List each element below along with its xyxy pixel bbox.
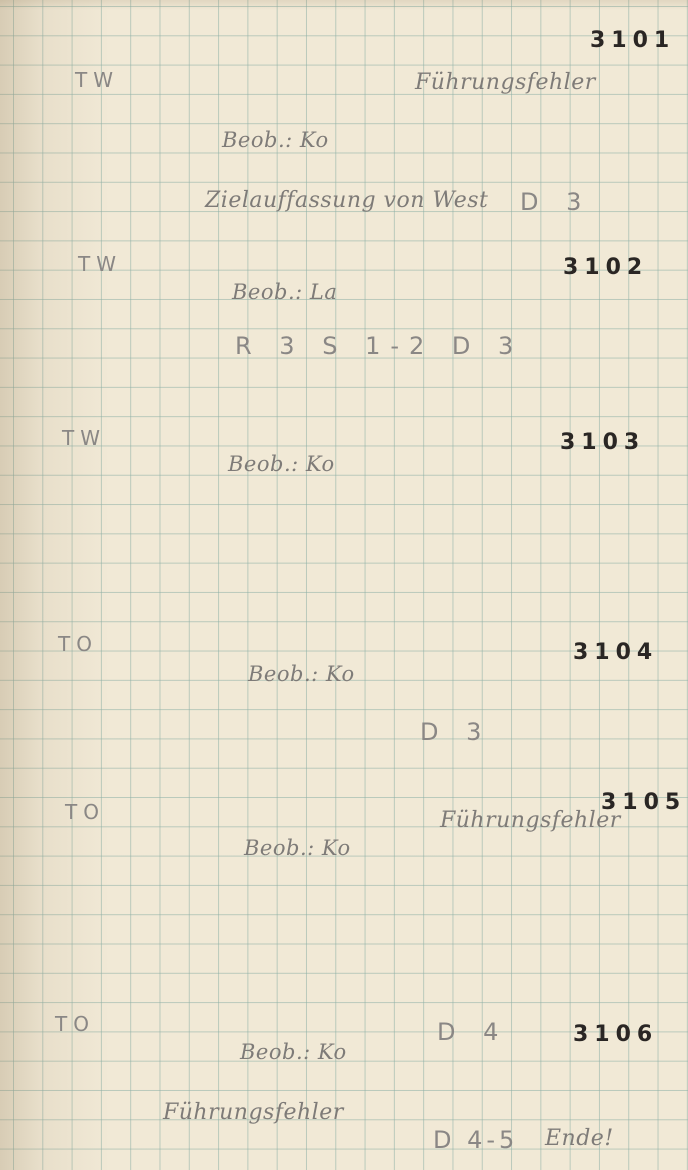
entry-code: TO [55, 1012, 95, 1036]
entry-code: TW [78, 252, 122, 276]
entry-code: TW [75, 68, 119, 92]
entry-detail: D 4-5 [433, 1126, 518, 1154]
entry-note: Führungsfehler [440, 808, 621, 833]
entry-note: Führungsfehler [163, 1100, 344, 1125]
entry-number: 3102 [563, 255, 648, 280]
entry-detail: Ende! [545, 1126, 614, 1151]
entry-number: 3104 [573, 640, 658, 665]
notebook-page: 3101 TW Führungsfehler Beob.: Ko Zielauf… [0, 0, 688, 1170]
entry-number: 3106 [573, 1022, 658, 1047]
entry-observer: Beob.: Ko [244, 836, 351, 860]
entry-observer: Beob.: Ko [248, 662, 355, 686]
entry-observer: Beob.: La [232, 280, 337, 304]
entry-number: 3101 [590, 28, 675, 53]
entry-observer: Beob.: Ko [240, 1040, 347, 1064]
entry-note: Führungsfehler [415, 70, 596, 95]
entry-code: TO [58, 632, 98, 656]
entry-detail: D 3 [520, 188, 591, 216]
entry-observer: Beob.: Ko [228, 452, 335, 476]
entry-code: TO [65, 800, 105, 824]
entry-detail: D 4 [437, 1018, 508, 1046]
entry-detail: D 3 [420, 718, 491, 746]
entry-detail: Zielauffassung von West [205, 188, 488, 213]
entry-number: 3103 [560, 430, 645, 455]
entry-detail: R 3 S 1-2 D 3 [235, 332, 523, 360]
entry-code: TW [62, 426, 106, 450]
entry-observer: Beob.: Ko [222, 128, 329, 152]
